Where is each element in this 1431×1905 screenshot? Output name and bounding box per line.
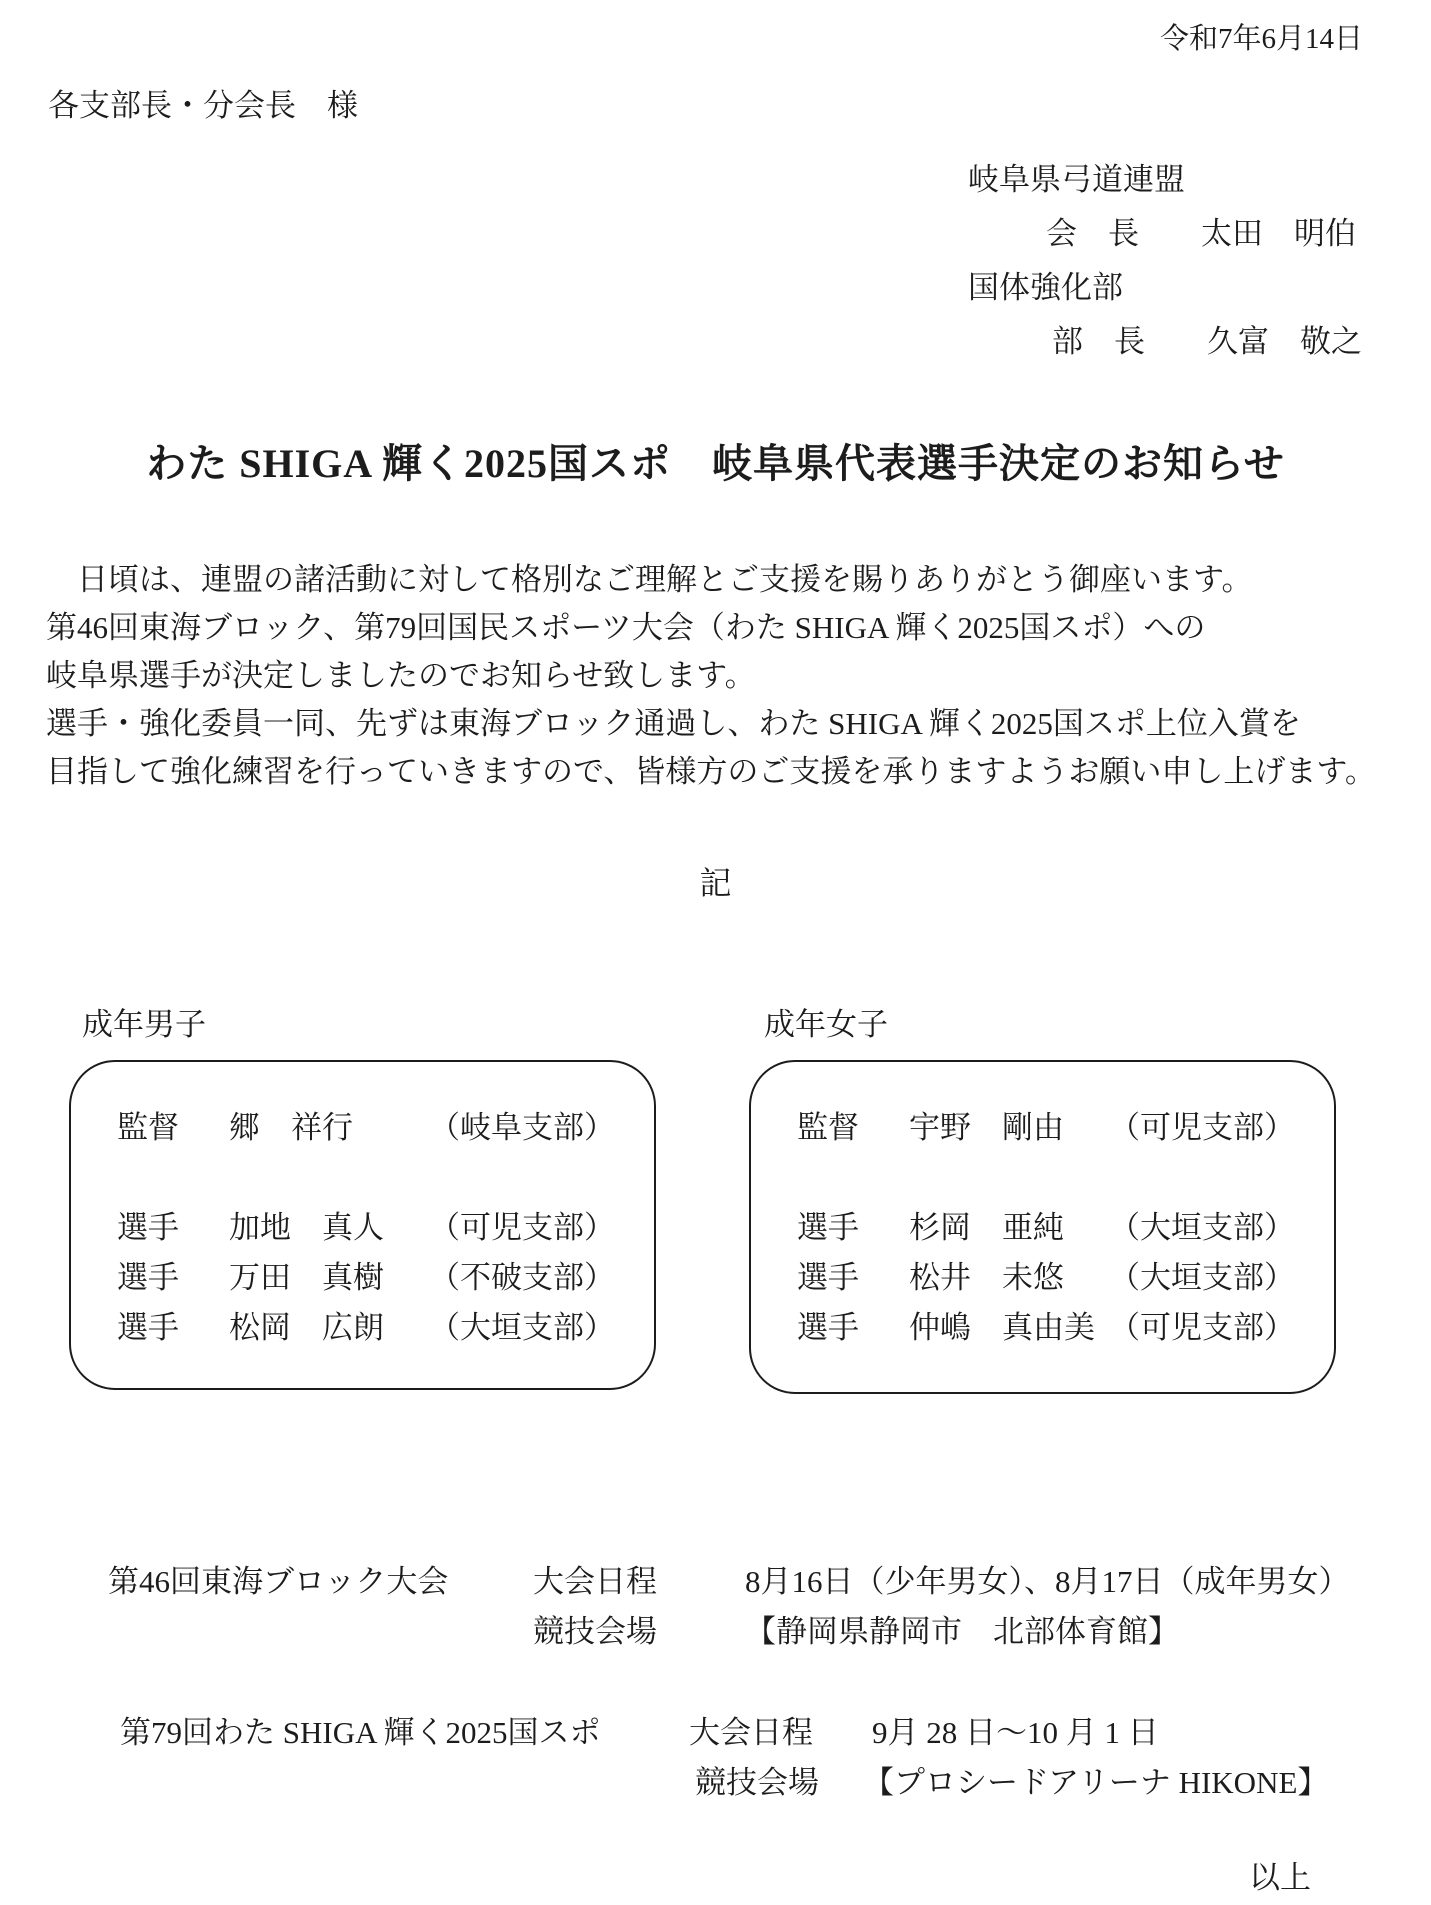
member-name: 郷 祥行 xyxy=(229,1102,429,1147)
member-branch: （大垣支部） xyxy=(1109,1202,1295,1247)
roster-row: 選手 松井 未悠 （大垣支部） xyxy=(797,1252,1334,1302)
event2-schedule-label: 大会日程 xyxy=(689,1713,813,1753)
team-label-women: 成年女子 xyxy=(764,1005,888,1045)
sender-dept-head-line: 部 長 久富 敬之 xyxy=(1052,322,1362,362)
member-role: 選手 xyxy=(117,1252,229,1297)
document-title: わた SHIGA 輝く2025国スポ 岐阜県代表選手決定のお知らせ xyxy=(0,432,1431,489)
member-name: 杉岡 亜純 xyxy=(909,1202,1109,1247)
member-name: 松井 未悠 xyxy=(909,1252,1109,1297)
member-role: 選手 xyxy=(797,1252,909,1297)
member-branch: （大垣支部） xyxy=(429,1302,615,1347)
member-branch: （可児支部） xyxy=(1109,1302,1295,1347)
sender-organization: 岐阜県弓道連盟 xyxy=(968,160,1185,200)
body-line: 第46回東海ブロック、第79回国民スポーツ大会（わた SHIGA 輝く2025国… xyxy=(46,604,1391,652)
event2-name: 第79回わた SHIGA 輝く2025国スポ xyxy=(120,1713,601,1753)
body-paragraph: 日頃は、連盟の諸活動に対して格別なご理解とご支援を賜りありがとう御座います。 第… xyxy=(46,556,1391,796)
member-role: 選手 xyxy=(117,1202,229,1247)
body-line: 岐阜県選手が決定しましたのでお知らせ致します。 xyxy=(46,652,1391,700)
body-line: 選手・強化委員一同、先ずは東海ブロック通過し、わた SHIGA 輝く2025国ス… xyxy=(46,700,1391,748)
sender-department: 国体強化部 xyxy=(968,268,1123,308)
member-role: 選手 xyxy=(797,1302,909,1347)
member-branch: （大垣支部） xyxy=(1109,1252,1295,1297)
event1-venue: 【静岡県静岡市 北部体育館】 xyxy=(745,1612,1179,1652)
addressee: 各支部長・分会長 様 xyxy=(48,86,358,126)
ki-marker: 記 xyxy=(0,858,1431,904)
member-branch: （不破支部） xyxy=(429,1252,615,1297)
roster-row: 監督 郷 祥行 （岐阜支部） xyxy=(117,1102,654,1152)
closing-ijou: 以上 xyxy=(1249,1852,1311,1897)
event1-venue-label: 競技会場 xyxy=(533,1612,657,1652)
member-role: 監督 xyxy=(797,1102,909,1147)
event1-name: 第46回東海ブロック大会 xyxy=(108,1562,448,1602)
roster-row: 選手 松岡 広朗 （大垣支部） xyxy=(117,1302,654,1352)
body-line: 日頃は、連盟の諸活動に対して格別なご理解とご支援を賜りありがとう御座います。 xyxy=(46,556,1391,604)
member-role: 選手 xyxy=(797,1202,909,1247)
event2-venue: 【プロシードアリーナ HIKONE】 xyxy=(863,1763,1328,1803)
member-name: 仲嶋 真由美 xyxy=(909,1302,1109,1347)
roster-row: 選手 加地 真人 （可児支部） xyxy=(117,1202,654,1252)
team-label-men: 成年男子 xyxy=(82,1005,206,1045)
member-role: 選手 xyxy=(117,1302,229,1347)
member-name: 宇野 剛由 xyxy=(909,1102,1109,1147)
member-branch: （岐阜支部） xyxy=(429,1102,615,1147)
roster-row: 選手 杉岡 亜純 （大垣支部） xyxy=(797,1202,1334,1252)
document-date: 令和7年6月14日 xyxy=(1160,20,1363,58)
member-role: 監督 xyxy=(117,1102,229,1147)
member-name: 松岡 広朗 xyxy=(229,1302,429,1347)
letter-page: 令和7年6月14日 各支部長・分会長 様 岐阜県弓道連盟 会 長 太田 明伯 国… xyxy=(0,0,1431,1905)
event1-schedule: 8月16日（少年男女）、8月17日（成年男女） xyxy=(745,1562,1350,1602)
event2-schedule: 9月 28 日～10 月 1 日 xyxy=(872,1713,1159,1753)
event2-venue-label: 競技会場 xyxy=(695,1763,819,1803)
roster-row: 選手 仲嶋 真由美 （可児支部） xyxy=(797,1302,1334,1352)
event1-schedule-label: 大会日程 xyxy=(533,1562,657,1602)
member-branch: （可児支部） xyxy=(429,1202,615,1247)
roster-box-men: 監督 郷 祥行 （岐阜支部） 選手 加地 真人 （可児支部） 選手 万田 真樹 … xyxy=(69,1060,656,1390)
sender-president-line: 会 長 太田 明伯 xyxy=(1046,214,1356,254)
member-branch: （可児支部） xyxy=(1109,1102,1295,1147)
roster-row: 選手 万田 真樹 （不破支部） xyxy=(117,1252,654,1302)
member-name: 万田 真樹 xyxy=(229,1252,429,1297)
body-line: 目指して強化練習を行っていきますので、皆様方のご支援を承りますようお願い申し上げ… xyxy=(46,748,1391,796)
member-name: 加地 真人 xyxy=(229,1202,429,1247)
roster-box-women: 監督 宇野 剛由 （可児支部） 選手 杉岡 亜純 （大垣支部） 選手 松井 未悠… xyxy=(749,1060,1336,1394)
roster-row: 監督 宇野 剛由 （可児支部） xyxy=(797,1102,1334,1152)
